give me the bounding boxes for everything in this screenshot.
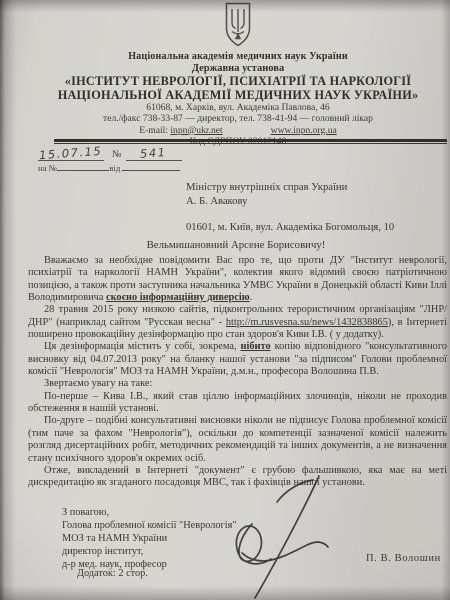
org-contacts-line: E-mail: inpn@ukr.netwww.inpn.org.ua [30,125,446,136]
handwritten-signature [222,474,352,600]
reply-to-number-label: на № [38,163,57,173]
reference-number-block: 15.07.15№541 на №від [38,146,258,173]
org-website: www.inpn.org.ua [271,125,337,136]
letterhead-divider [54,139,447,144]
paragraph-1: Вважаємо за необхідне повідомити Вас про… [28,255,447,304]
addressee-name: А. Б. Авакову [186,195,394,209]
scanned-letter-page: Національна академія медичних наук Украї… [0,0,450,600]
outgoing-number-line: 541 [126,146,182,161]
signer-name: П. В. Волошин [366,553,441,564]
email-label: E-mail: [139,125,170,136]
org-type: Державна установа [30,63,446,74]
handwritten-number: 541 [140,145,167,161]
addressee-title: Міністру внутрішніх справ України [186,181,394,195]
letter-content: Національна академія медичних наук Украї… [0,0,450,600]
signer-title-1: Голова проблемної комісії "Неврологія" [62,519,237,532]
paragraph-5: По-перше – Кива І.В., який став ціллю ін… [28,391,447,416]
salutation: Вельмишановний Арсене Борисовичу! [28,239,444,251]
addressee-block: Міністру внутрішніх справ України А. Б. … [186,181,394,235]
p3-text: Ця дезінформація містить у собі, зокрема… [44,341,241,352]
letterhead: Національна академія медичних наук Украї… [30,2,446,148]
org-name-line2: НАЦІОНАЛЬНОЇ АКАДЕМІЇ МЕДИЧНИХ НАУК УКРА… [30,88,446,102]
p1-emphasis: скоєно інформаційну диверсію [106,292,250,303]
paragraph-6: По-друге – подібні консультативні виснов… [28,415,447,464]
p3-emphasis: нібито [241,341,271,352]
closing-phrase: З повагою, [62,506,237,519]
org-address: 61068, м. Харків, вул. Академіка Павлова… [30,102,446,113]
paragraph-3: Ця дезінформація містить у собі, зокрема… [28,341,447,378]
attachment-note: Додаток: 2 стор. [77,568,148,579]
p2-url: http://m.rusvesna.su/news/1432838865 [226,317,388,328]
reply-number-blank [57,162,109,171]
number-sign: № [112,149,122,160]
signer-title-2: МОЗ та НАМН України [62,532,237,545]
reference-row-outgoing: 15.07.15№541 [38,146,258,161]
addressee-address: 01601, м. Київ, вул. Академіка Богомольц… [186,221,394,235]
ukraine-trident-icon [223,2,253,48]
org-email: inpn@ukr.net [170,125,222,136]
org-name-line1: «ІНСТИТУТ НЕВРОЛОГІЇ, ПСИХІАТРІЇ ТА НАРК… [30,74,446,88]
org-phones: тел./факс 738-33-87 — директор, тел. 738… [30,113,446,124]
paragraph-4: Звертаємо увагу на таке: [28,378,447,390]
letter-body: Вважаємо за необхідне повідомити Вас про… [28,255,447,490]
signature-title-block: З повагою, Голова проблемної комісії "Не… [62,506,237,571]
signer-title-3: директор інститут, [62,545,237,558]
org-parent-name: Національна академія медичних наук Украї… [30,51,446,62]
reply-date-blank [122,162,180,171]
handwritten-date: 15.07.15 [39,144,103,162]
paragraph-2: 28 травня 2015 року низкою сайтів, підко… [28,304,447,341]
outgoing-date-line: 15.07.15 [38,146,104,161]
reference-row-incoming: на №від [38,162,258,173]
reply-from-label: від [109,163,120,173]
p1-tail: . [250,292,253,303]
